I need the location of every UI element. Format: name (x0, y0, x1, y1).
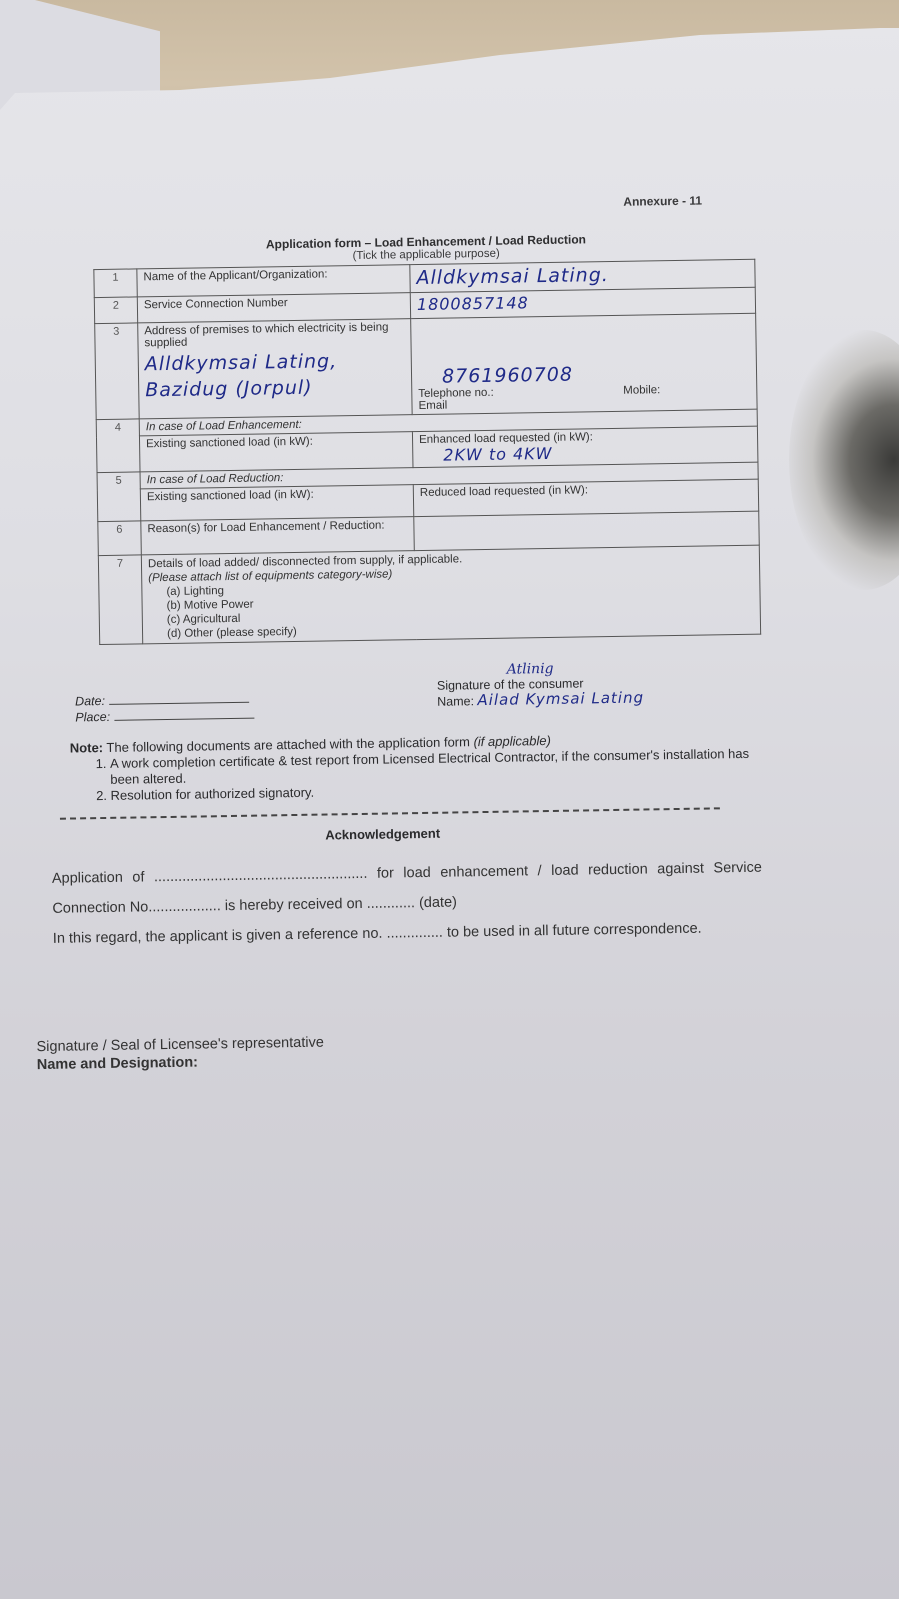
address-label: Address of premises to which electricity… (144, 321, 404, 349)
consumer-signature-block: Atlinig Signature of the consumer Name: … (437, 661, 645, 710)
reason-label: Reason(s) for Load Enhancement / Reducti… (141, 517, 415, 555)
row-number: 3 (95, 323, 140, 420)
date-field[interactable] (109, 691, 249, 705)
licensee-name-label: Name and Designation: (37, 1052, 325, 1075)
form-document: Annexure - 11 Application form – Load En… (0, 0, 899, 1599)
note-if-applicable: (if applicable) (473, 733, 551, 749)
enhanced-load-field[interactable]: Enhanced load requested (in kW): 2KW to … (412, 426, 758, 467)
address-line2[interactable]: Bazidug (Jorpul) (145, 375, 405, 401)
date-place-block: Date: Place: (75, 691, 254, 726)
note-section: Note: The following documents are attach… (70, 730, 771, 805)
row-number: 5 (97, 472, 141, 522)
acknowledgement-title: Acknowledgement (325, 826, 440, 843)
enhanced-load-value: 2KW to 4KW (443, 441, 751, 465)
consumer-name-value[interactable]: Ailad Kymsai Lating (477, 689, 644, 710)
note-label: Note: (70, 740, 103, 756)
load-details-cell: Details of load added/ disconnected from… (141, 545, 760, 644)
contact-cell: 8761960708 Telephone no.:Mobile: Email (411, 313, 757, 414)
table-row: 7 Details of load added/ disconnected fr… (98, 545, 760, 644)
cut-line-divider (60, 807, 720, 819)
place-label: Place: (75, 710, 110, 725)
signature-section: Date: Place: Atlinig Signature of the co… (75, 672, 775, 683)
telephone-label: Telephone no.: (418, 387, 494, 400)
mobile-label: Mobile: (623, 384, 660, 397)
application-table: 1 Name of the Applicant/Organization: Al… (93, 259, 761, 645)
existing-load-enh-label[interactable]: Existing sanctioned load (in kW): (139, 432, 413, 472)
service-connection-value: 1800857148 (417, 293, 529, 314)
address-line1[interactable]: Alldkymsai Lating, (145, 349, 405, 375)
reason-field[interactable] (414, 511, 759, 550)
row-number: 4 (96, 419, 140, 473)
row-number: 7 (98, 555, 142, 645)
place-field[interactable] (114, 707, 254, 721)
applicant-name-label: Name of the Applicant/Organization: (137, 265, 410, 297)
existing-load-red-label[interactable]: Existing sanctioned load (in kW): (140, 485, 413, 521)
row-number: 6 (98, 521, 142, 556)
acknowledgement-body: Application of .........................… (52, 853, 763, 954)
table-row: 3 Address of premises to which electrici… (95, 313, 757, 419)
date-label: Date: (75, 694, 105, 708)
row-number: 2 (94, 297, 137, 324)
row-number: 1 (94, 269, 137, 298)
licensee-block: Signature / Seal of Licensee's represent… (36, 1034, 324, 1075)
ack-paragraph-1: Application of .........................… (52, 853, 763, 924)
address-cell: Address of premises to which electricity… (138, 319, 412, 419)
annexure-label: Annexure - 11 (623, 194, 702, 209)
applicant-name-value: Alldkymsai Lating. (416, 264, 609, 289)
name-label: Name: (437, 694, 474, 709)
